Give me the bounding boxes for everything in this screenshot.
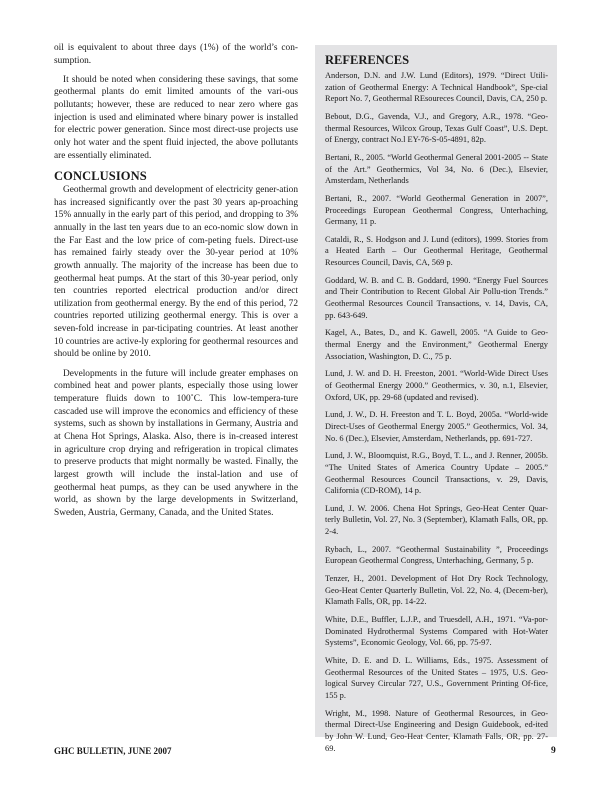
references-box: REFERENCES Anderson, D.N. and J.W. Lund … [315, 45, 557, 737]
footer-publication: GHC BULLETIN, JUNE 2007 [54, 746, 172, 756]
reference-item: Lund, J. W., D. H. Freeston and T. L. Bo… [325, 409, 548, 444]
references-heading: REFERENCES [325, 53, 548, 68]
reference-item: Goddard, W. B. and C. B. Goddard, 1990. … [325, 275, 548, 321]
reference-item: Lund, J. W. and D. H. Freeston, 2001. “W… [325, 368, 548, 403]
body-column-left: oil is equivalent to about three days (1… [54, 42, 298, 526]
reference-item: Bertani, R., 2005. “World Geothermal Gen… [325, 152, 548, 187]
reference-item: Kagel, A., Bates, D., and K. Gawell, 200… [325, 327, 548, 362]
reference-item: Anderson, D.N. and J.W. Lund (Editors), … [325, 70, 548, 105]
reference-item: Lund, J. W., Bloomquist, R.G., Boyd, T. … [325, 450, 548, 496]
reference-item: Bertani, R., 2007. “World Geothermal Gen… [325, 193, 548, 228]
reference-item: White, D. E. and D. L. Williams, Eds., 1… [325, 655, 548, 701]
page-number: 9 [551, 746, 556, 756]
reference-item: Bebout, D.G., Gavenda, V.J., and Gregory… [325, 111, 548, 146]
reference-item: Rybach, L., 2007. “Geothermal Sustainabi… [325, 544, 548, 567]
reference-item: Wright, M., 1998. Nature of Geothermal R… [325, 708, 548, 754]
reference-item: White, D.E., Buffler, L.J.P., and Truesd… [325, 614, 548, 649]
reference-item: Lund, J. W. 2006. Chena Hot Springs, Geo… [325, 503, 548, 538]
conclusions-heading: CONCLUSIONS [54, 169, 298, 183]
reference-item: Tenzer, H., 2001. Development of Hot Dry… [325, 573, 548, 608]
paragraph-pollutants: It should be noted when considering thes… [54, 74, 298, 163]
reference-item: Cataldi, R., S. Hodgson and J. Lund (edi… [325, 234, 548, 269]
paragraph-conclusions-future: Developments in the future will include … [54, 368, 298, 520]
paragraph-savings-end: oil is equivalent to about three days (1… [54, 42, 298, 67]
paragraph-conclusions-growth: Geothermal growth and development of ele… [54, 184, 298, 361]
